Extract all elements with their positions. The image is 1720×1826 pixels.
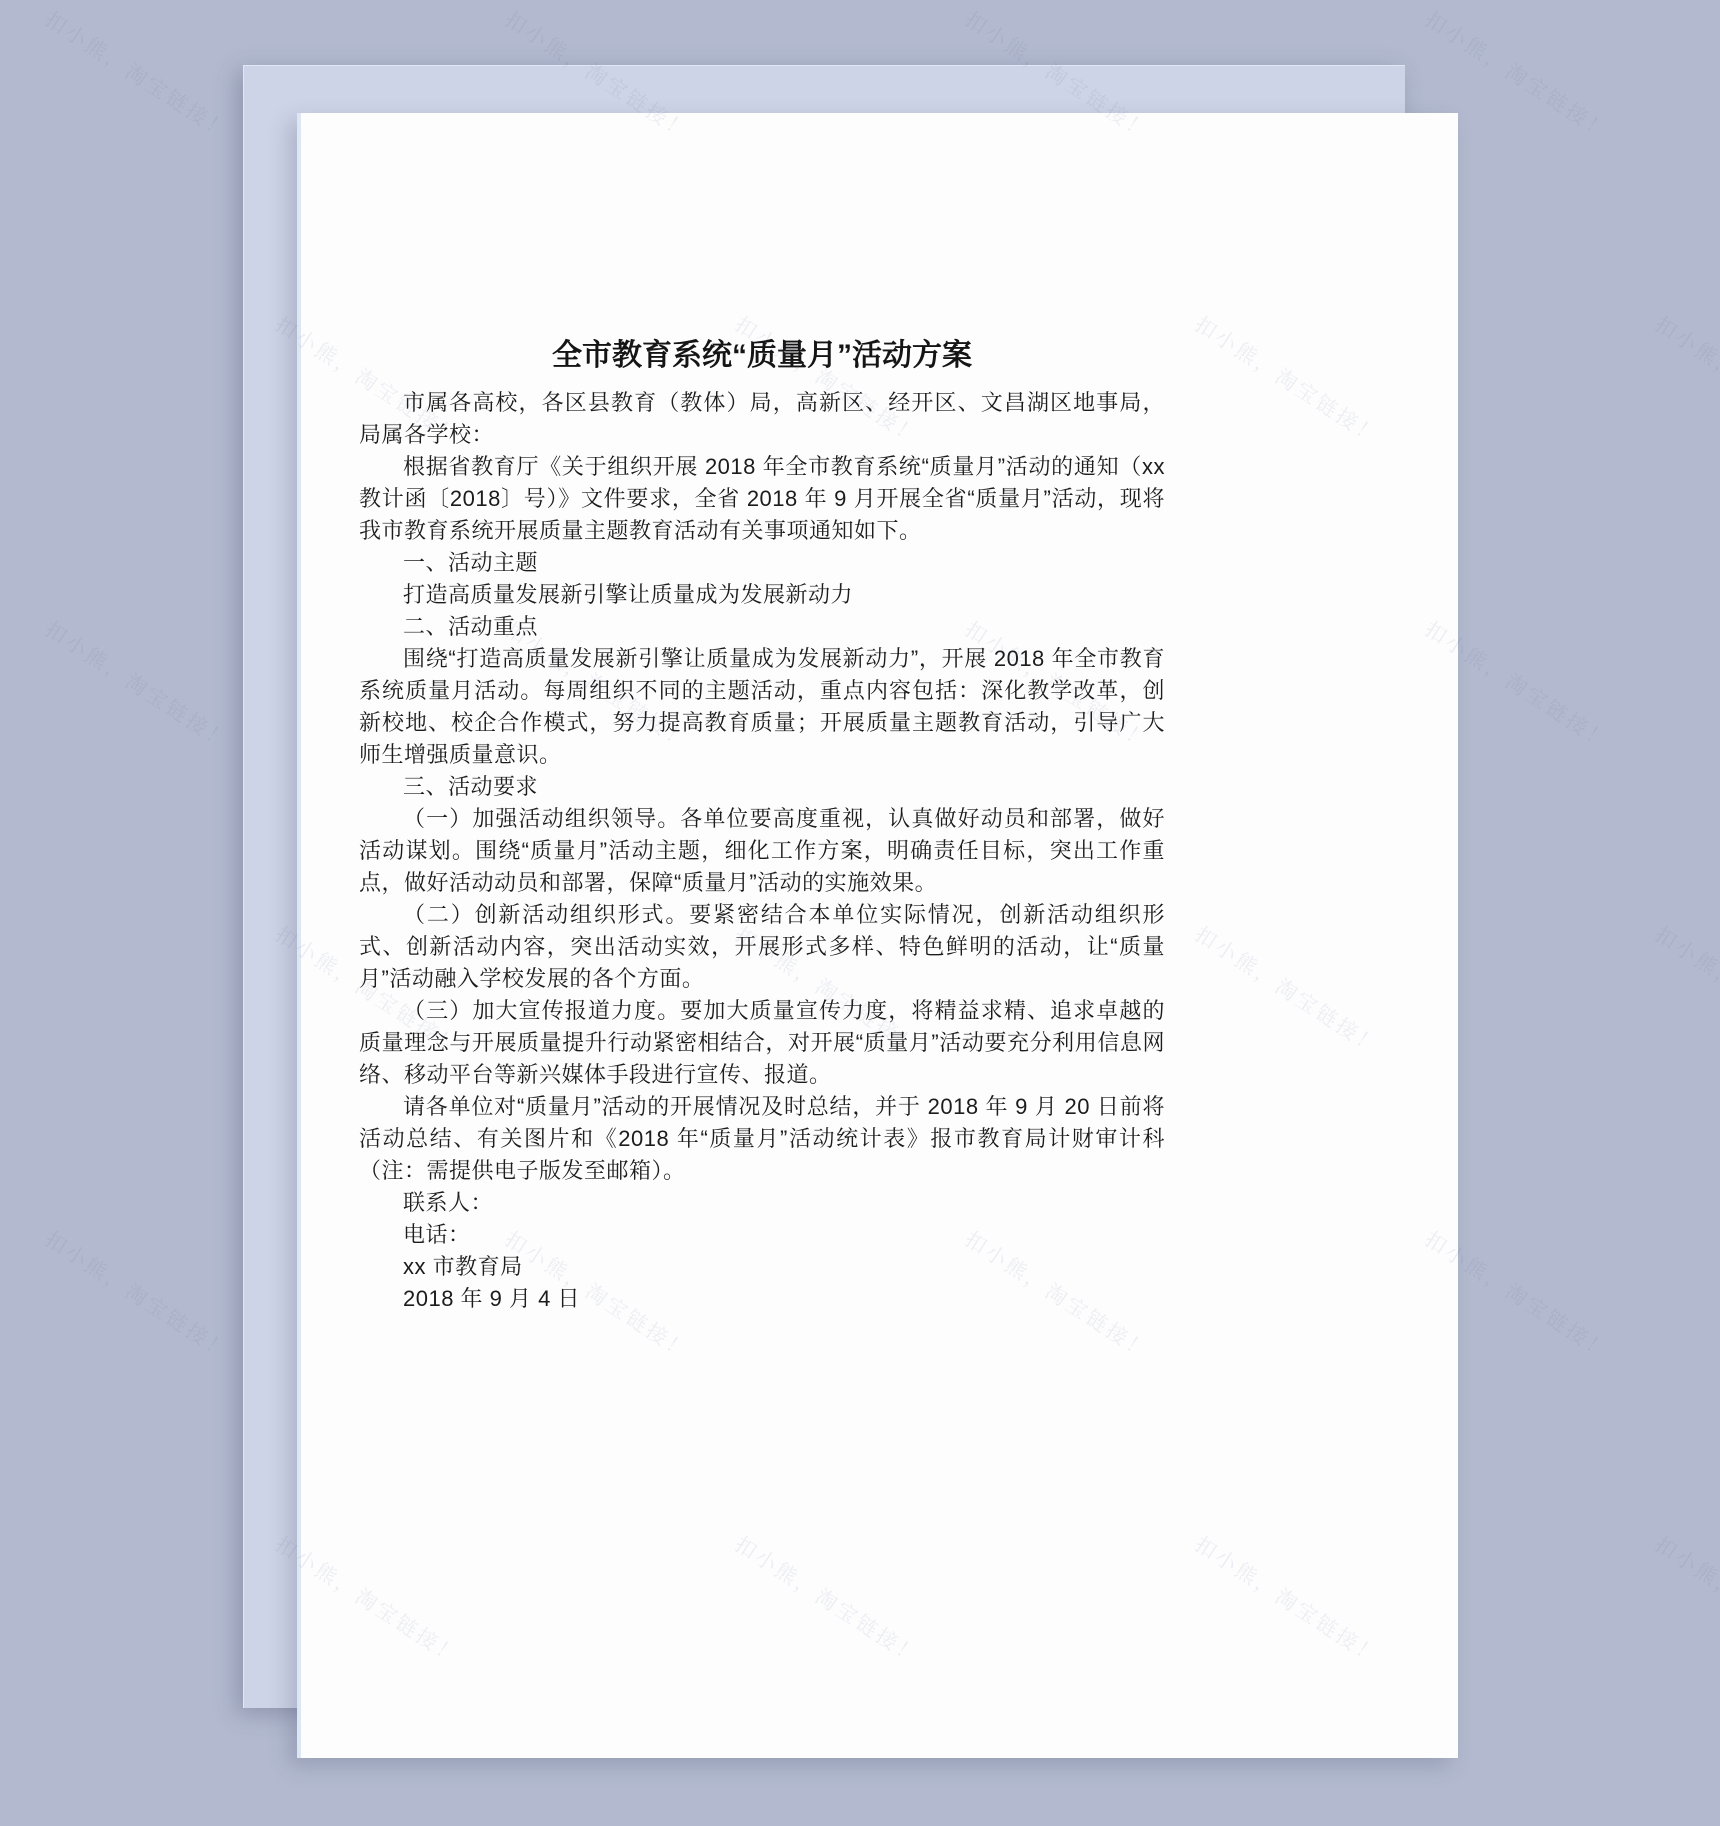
watermark: 扣小熊，淘宝链接！ <box>39 1224 236 1367</box>
paragraph: 三、活动要求 <box>359 771 1165 803</box>
paragraph: （三）加大宣传报道力度。要加大质量宣传力度，将精益求精、追求卓越的质量理念与开展… <box>359 995 1165 1091</box>
paragraph: 围绕“打造高质量发展新引擎让质量成为发展新动力”，开展 2018 年全市教育系统… <box>359 643 1165 771</box>
document-page: 全市教育系统“质量月”活动方案 市属各高校，各区县教育（教体）局，高新区、经开区… <box>297 113 1458 1758</box>
paragraph: 根据省教育厅《关于组织开展 2018 年全市教育系统“质量月”活动的通知（xx … <box>359 451 1165 547</box>
watermark: 扣小熊，淘宝链接！ <box>39 614 236 757</box>
watermark: 扣小熊，淘宝链接！ <box>39 4 236 147</box>
desk-background: { "document": { "title": "全市教育系统“质量月”活动方… <box>0 0 1720 1826</box>
paragraph: xx 市教育局 <box>359 1251 1165 1283</box>
watermark: 扣小熊，淘宝链接！ <box>1649 919 1720 1062</box>
paragraph: （一）加强活动组织领导。各单位要高度重视，认真做好动员和部署，做好活动谋划。围绕… <box>359 803 1165 899</box>
document-body: 市属各高校，各区县教育（教体）局，高新区、经开区、文昌湖区地事局，局属各学校：根… <box>359 387 1165 1315</box>
paragraph: 市属各高校，各区县教育（教体）局，高新区、经开区、文昌湖区地事局，局属各学校： <box>359 387 1165 451</box>
watermark: 扣小熊，淘宝链接！ <box>1649 1529 1720 1672</box>
paragraph: （二）创新活动组织形式。要紧密结合本单位实际情况，创新活动组织形式、创新活动内容… <box>359 899 1165 995</box>
paragraph: 打造高质量发展新引擎让质量成为发展新动力 <box>359 579 1165 611</box>
paragraph: 电话： <box>359 1219 1165 1251</box>
paragraph: 一、活动主题 <box>359 547 1165 579</box>
paragraph: 2018 年 9 月 4 日 <box>359 1283 1165 1315</box>
paragraph: 联系人： <box>359 1187 1165 1219</box>
document-title: 全市教育系统“质量月”活动方案 <box>359 337 1165 375</box>
paragraph: 请各单位对“质量月”活动的开展情况及时总结，并于 2018 年 9 月 20 日… <box>359 1091 1165 1187</box>
watermark: 扣小熊，淘宝链接！ <box>1649 309 1720 452</box>
paragraph: 二、活动重点 <box>359 611 1165 643</box>
document-content: 全市教育系统“质量月”活动方案 市属各高校，各区县教育（教体）局，高新区、经开区… <box>301 113 1458 1315</box>
